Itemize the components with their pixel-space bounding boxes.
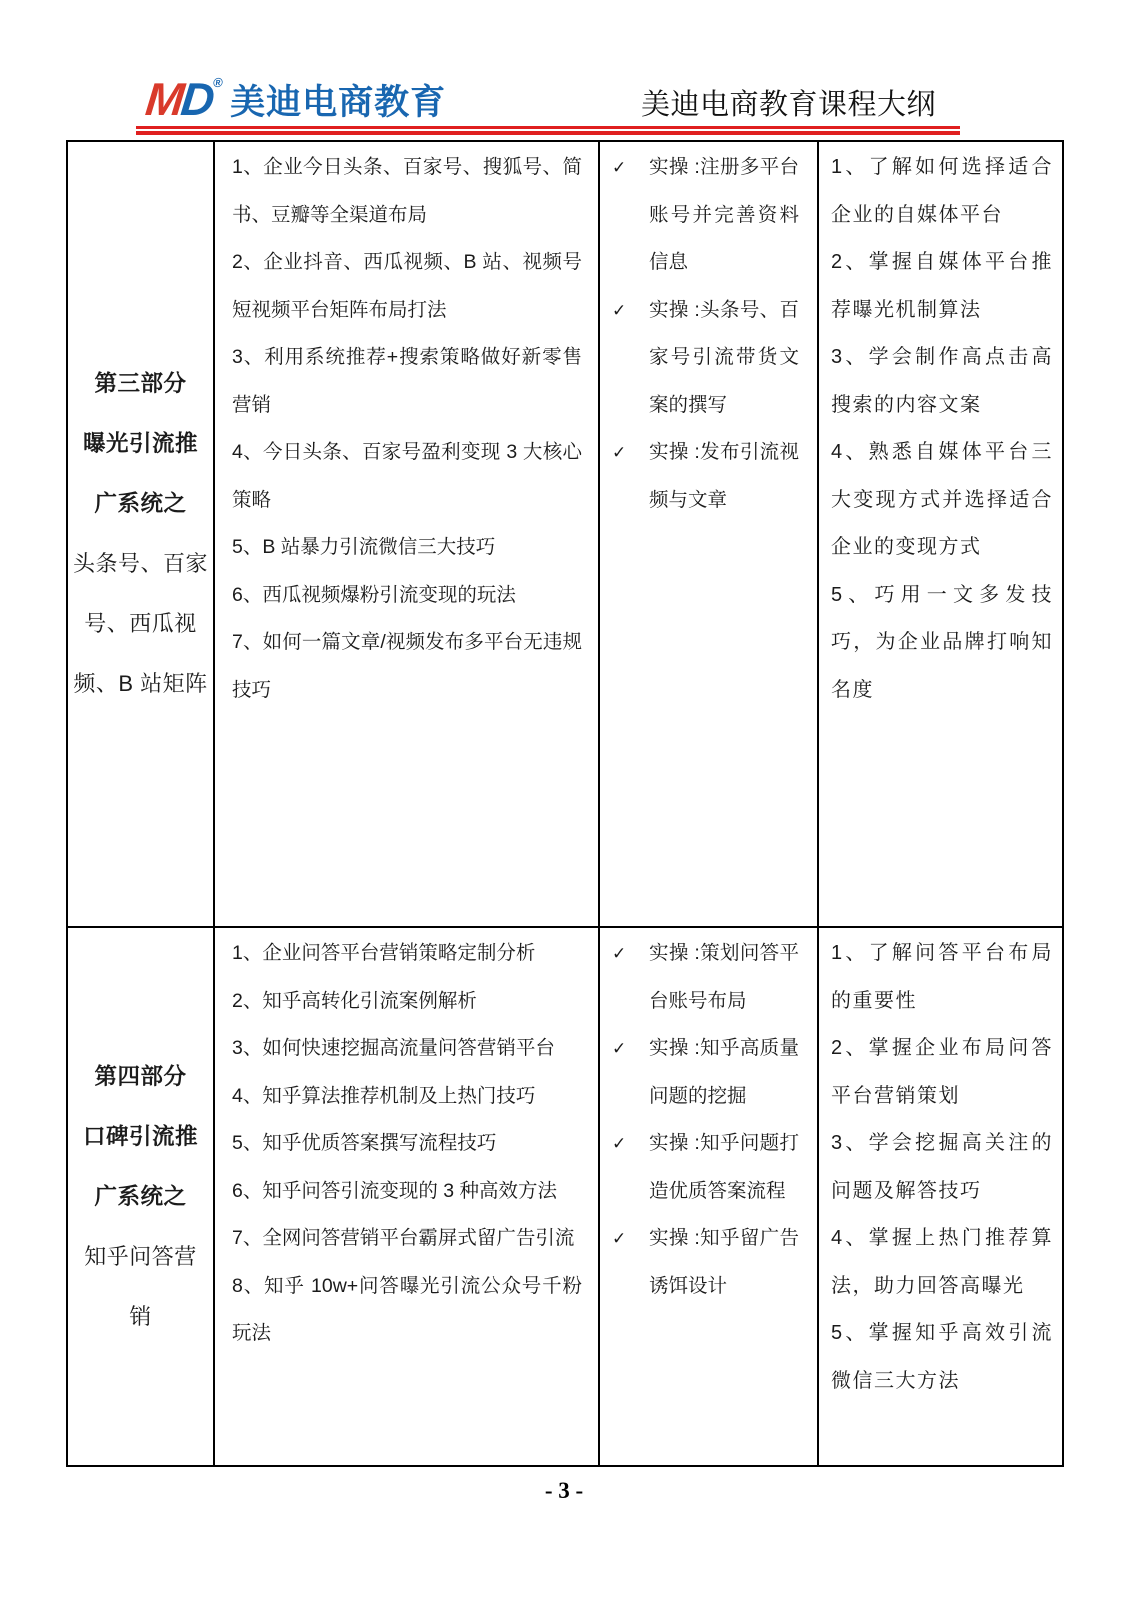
practice-item: ✓ 实操 :发布引流视频与文章 (612, 429, 799, 524)
section-title-line: 广系统之 (68, 474, 213, 534)
section-cell: 第三部分 曝光引流推 广系统之 头条号、百家 号、西瓜视 频、B 站矩阵 (67, 141, 214, 927)
brand-name: 美迪电商教育 (230, 85, 446, 120)
section-subtitle-line: 头条号、百家 (68, 534, 213, 594)
red-divider (136, 126, 960, 135)
table-row-part4: 第四部分 口碑引流推 广系统之 知乎问答营 销 1、企业问答平台营销策略定制分析… (67, 927, 1063, 1466)
red-divider-thin-line (136, 126, 960, 129)
section-title-line: 曝光引流推 (68, 414, 213, 474)
check-icon: ✓ (612, 144, 649, 192)
check-icon: ✓ (612, 930, 649, 978)
red-divider-thick-line (136, 131, 960, 135)
content-item: 5、知乎优质答案撰写流程技巧 (232, 1120, 582, 1168)
content-item: 5、B 站暴力引流微信三大技巧 (232, 524, 582, 572)
content-item: 3、如何快速挖掘高流量问答营销平台 (232, 1025, 582, 1073)
content-item: 1、企业问答平台营销策略定制分析 (232, 930, 582, 978)
goal-item: 3、学会挖掘高关注的问题及解答技巧 (831, 1120, 1053, 1215)
course-outline-table: 第三部分 曝光引流推 广系统之 头条号、百家 号、西瓜视 频、B 站矩阵 1、企… (66, 140, 1064, 1467)
section-title-line: 第三部分 (68, 354, 213, 414)
goal-item: 5、巧用一文多发技巧，为企业品牌打响知名度 (831, 572, 1053, 715)
goal-item: 1、了解问答平台布局的重要性 (831, 930, 1053, 1025)
content-item: 7、全网问答营销平台霸屏式留广告引流 (232, 1215, 582, 1263)
practice-item: ✓ 实操 :头条号、百家号引流带货文案的撰写 (612, 287, 799, 430)
md-logo-icon: MD® (144, 77, 224, 120)
content-cell: 1、企业今日头条、百家号、搜狐号、简书、豆瓣等全渠道布局 2、企业抖音、西瓜视频… (214, 141, 599, 927)
section-title-line: 第四部分 (68, 1047, 213, 1107)
content-item: 4、知乎算法推荐机制及上热门技巧 (232, 1073, 582, 1121)
brand-logo: MD® 美迪电商教育 (146, 77, 446, 120)
practice-item: ✓ 实操 :知乎问题打造优质答案流程 (612, 1120, 799, 1215)
section-subtitle-line: 知乎问答营 (68, 1227, 213, 1287)
practice-item: ✓ 实操 :注册多平台账号并完善资料信息 (612, 144, 799, 287)
content-item: 7、如何一篇文章/视频发布多平台无违规技巧 (232, 619, 582, 714)
section-title-line: 口碑引流推 (68, 1107, 213, 1167)
content-item: 1、企业今日头条、百家号、搜狐号、简书、豆瓣等全渠道布局 (232, 144, 582, 239)
content-item: 8、知乎 10w+问答曝光引流公众号千粉玩法 (232, 1263, 582, 1358)
goals-cell: 1、了解如何选择适合企业的自媒体平台 2、掌握自媒体平台推荐曝光机制算法 3、学… (818, 141, 1063, 927)
section-subtitle-line: 销 (68, 1287, 213, 1347)
practice-item-text: 实操 :知乎高质量问题的挖掘 (649, 1025, 799, 1120)
check-icon: ✓ (612, 429, 649, 477)
content-item: 2、企业抖音、西瓜视频、B 站、视频号短视频平台矩阵布局打法 (232, 239, 582, 334)
goal-item: 4、熟悉自媒体平台三大变现方式并选择适合企业的变现方式 (831, 429, 1053, 572)
check-icon: ✓ (612, 1215, 649, 1263)
document-title: 美迪电商教育课程大纲 (641, 91, 936, 120)
practice-item-text: 实操 :发布引流视频与文章 (649, 429, 799, 524)
practice-cell: ✓ 实操 :注册多平台账号并完善资料信息 ✓ 实操 :头条号、百家号引流带货文案… (599, 141, 818, 927)
document-page: MD® 美迪电商教育 美迪电商教育课程大纲 第三部分 曝光引流推 广系统之 头条… (0, 0, 1130, 1600)
table-row-part3: 第三部分 曝光引流推 广系统之 头条号、百家 号、西瓜视 频、B 站矩阵 1、企… (67, 141, 1063, 927)
goal-item: 2、掌握自媒体平台推荐曝光机制算法 (831, 239, 1053, 334)
page-number: - 3 - (66, 1478, 1062, 1504)
section-cell: 第四部分 口碑引流推 广系统之 知乎问答营 销 (67, 927, 214, 1466)
practice-item: ✓ 实操 :知乎留广告诱饵设计 (612, 1215, 799, 1310)
practice-item-text: 实操 :头条号、百家号引流带货文案的撰写 (649, 287, 799, 430)
section-title-line: 广系统之 (68, 1167, 213, 1227)
goal-item: 1、了解如何选择适合企业的自媒体平台 (831, 144, 1053, 239)
practice-item-text: 实操 :知乎问题打造优质答案流程 (649, 1120, 799, 1215)
content-item: 3、利用系统推荐+搜索策略做好新零售营销 (232, 334, 582, 429)
goals-cell: 1、了解问答平台布局的重要性 2、掌握企业布局问答平台营销策划 3、学会挖掘高关… (818, 927, 1063, 1466)
check-icon: ✓ (612, 287, 649, 335)
goal-item: 2、掌握企业布局问答平台营销策划 (831, 1025, 1053, 1120)
section-subtitle-line: 频、B 站矩阵 (68, 654, 213, 714)
goal-item: 4、掌握上热门推荐算法，助力回答高曝光 (831, 1215, 1053, 1310)
goal-item: 3、学会制作高点击高搜索的内容文案 (831, 334, 1053, 429)
content-item: 6、知乎问答引流变现的 3 种高效方法 (232, 1168, 582, 1216)
registered-mark-icon: ® (212, 75, 223, 90)
page-header: MD® 美迪电商教育 美迪电商教育课程大纲 (0, 70, 1130, 122)
check-icon: ✓ (612, 1120, 649, 1168)
content-item: 4、今日头条、百家号盈利变现 3 大核心策略 (232, 429, 582, 524)
practice-cell: ✓ 实操 :策划问答平台账号布局 ✓ 实操 :知乎高质量问题的挖掘 ✓ 实操 :… (599, 927, 818, 1466)
content-item: 2、知乎高转化引流案例解析 (232, 978, 582, 1026)
practice-item: ✓ 实操 :知乎高质量问题的挖掘 (612, 1025, 799, 1120)
practice-item-text: 实操 :知乎留广告诱饵设计 (649, 1215, 799, 1310)
goal-item: 5、掌握知乎高效引流微信三大方法 (831, 1310, 1053, 1405)
check-icon: ✓ (612, 1025, 649, 1073)
practice-item: ✓ 实操 :策划问答平台账号布局 (612, 930, 799, 1025)
content-cell: 1、企业问答平台营销策略定制分析 2、知乎高转化引流案例解析 3、如何快速挖掘高… (214, 927, 599, 1466)
section-subtitle-line: 号、西瓜视 (68, 594, 213, 654)
practice-item-text: 实操 :策划问答平台账号布局 (649, 930, 799, 1025)
practice-item-text: 实操 :注册多平台账号并完善资料信息 (649, 144, 799, 287)
content-item: 6、西瓜视频爆粉引流变现的玩法 (232, 572, 582, 620)
